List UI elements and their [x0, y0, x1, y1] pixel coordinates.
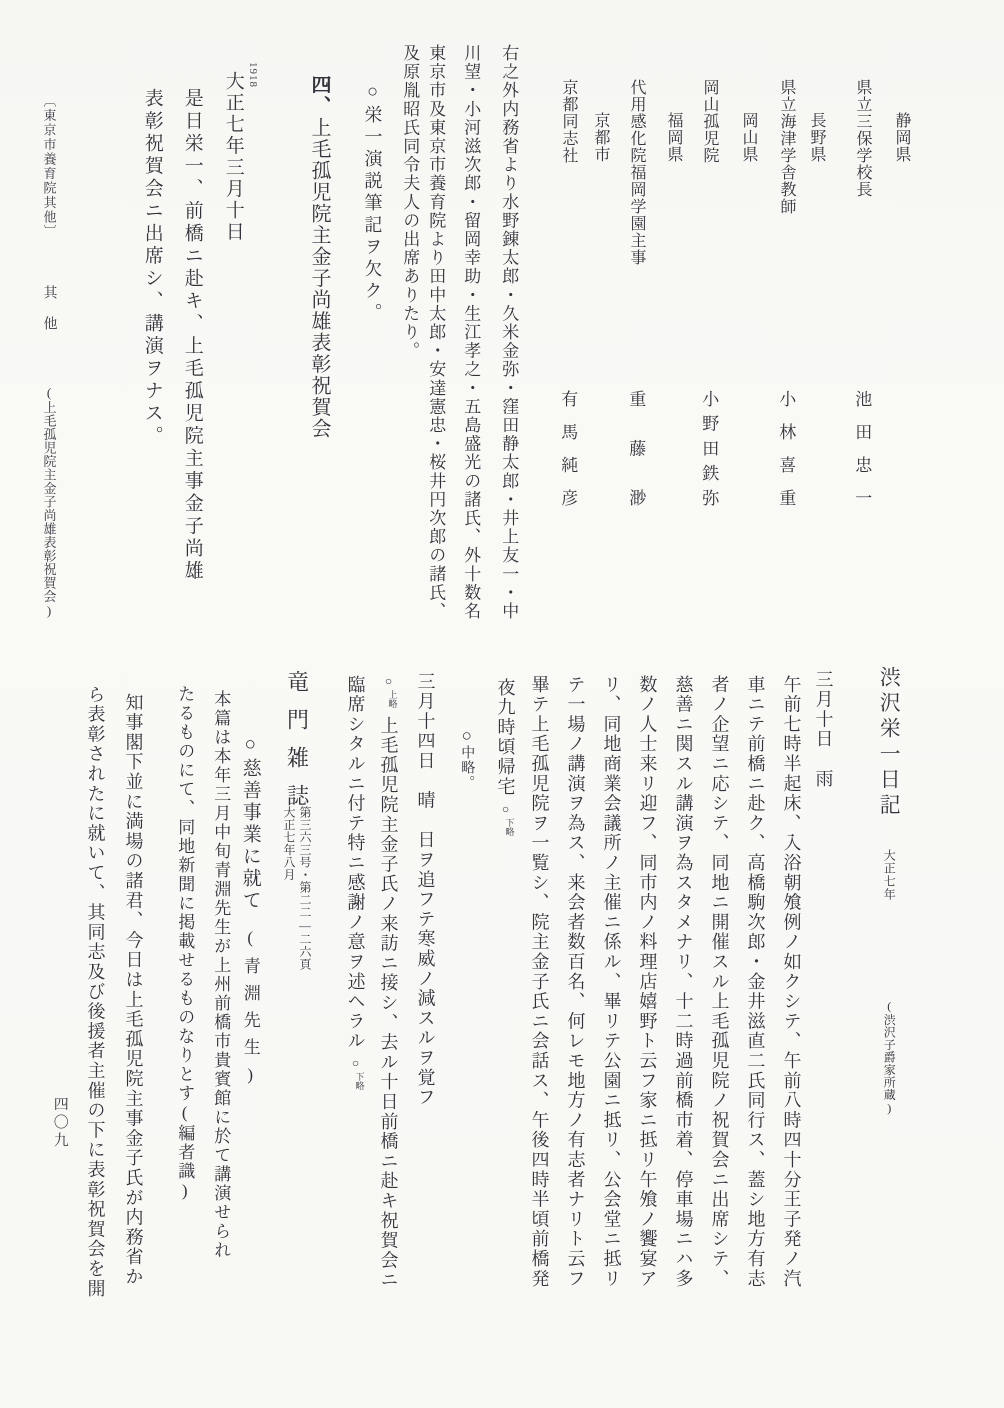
omit-label: 下略 [505, 818, 514, 836]
diary-line-4: 慈善ニ関スル講演ヲ為スタメナリ、十二時過前橋市着、停車場ニハ多 [672, 675, 695, 1289]
diary-line-11-text: 臨席シタルニ付テ特ニ感謝ノ意ヲ述ヘラル [346, 675, 366, 1051]
omit-circle-icon: ○ [499, 802, 513, 818]
diary-source-provenance: (渋沢子爵家所蔵) [882, 999, 896, 1116]
attendee-title-2: 岡山孤児院 [699, 79, 719, 164]
attendee-title-4: 京都同志社 [558, 79, 578, 164]
omit-mark-1: ○下略 [496, 802, 516, 836]
attendee-title-3: 代用感化院福岡学園主事 [626, 79, 646, 266]
attendee-name-1: 小林喜重 [775, 390, 796, 522]
omit-mark-2: ○上略 [379, 674, 399, 708]
attendee-name-0: 池田忠一 [851, 390, 872, 522]
diary-source-title: 渋沢栄一日記 [877, 666, 901, 819]
editor-note-line-2: たるものにて、同地新聞に掲載せるものなりとす(編者識) [174, 685, 195, 1202]
section-date: 大正七年三月十日 [221, 71, 245, 243]
article-heading: ○慈善事業に就て [240, 734, 261, 912]
diary-line-1: 午前七時半起床、入浴朝飧例ノ如クシテ、午前八時四十分王子発ノ汽 [780, 675, 803, 1289]
diary-source-column: 渋沢栄一日記大正七年(渋沢子爵家所蔵) [876, 666, 902, 1116]
diary-date-1: 三月十日 雨 [812, 670, 835, 789]
diary-line-9-text: 夜九時頃帰宅 [496, 678, 516, 797]
section-title: 上毛孤児院主金子尚雄表彰祝賀会 [308, 117, 330, 440]
omit-circle-icon: ○ [382, 674, 396, 690]
summary-line-1: 是日栄一、前橋ニ赴キ、上毛孤児院主事金子尚雄 [180, 88, 204, 583]
article-body-line-2: ら表彰されたに就いて、其同志及び後援者主催の下に表彰祝賀会を開 [84, 685, 107, 1299]
article-author: (青淵先生) [241, 928, 260, 1094]
paragraph-line-1: 右之外内務省より水野錬太郎・久米金弥・窪田静太郎・井上友一・中 [498, 44, 519, 621]
attendee-name-2: 小野田鉄弥 [698, 390, 719, 514]
diary-line-2: 車ニテ前橋ニ赴ク、高橋駒次郎・金井滋直二氏同行ス、蓋シ地方有志 [744, 675, 767, 1289]
margin-header-subtitle: (上毛孤児院主金子尚雄表彰祝賀会) [42, 385, 57, 619]
attendee-name-4: 有馬純彦 [557, 390, 578, 522]
omit-label: 上略 [388, 690, 397, 708]
magazine-title: 竜門雑誌 [283, 670, 311, 822]
attendee-region-4: 京都市 [590, 112, 610, 163]
attendee-region-3: 福岡県 [663, 112, 683, 163]
diary-line-7: テ一場ノ講演ヲ為ス、来会者数百名、何レモ地方ノ有志者ナリト云フ [564, 675, 587, 1289]
article-body-line-1: 知事閣下並に満場の諸君、今日は上毛孤児院主事金子氏が内務省か [122, 693, 145, 1287]
article-heading-column: ○慈善事業に就て(青淵先生) [238, 734, 262, 1094]
attendee-name-3: 重藤渺 [625, 390, 646, 539]
diary-line-10-text: 上毛孤児院主金子氏ノ来訪ニ接シ、去ル十日前橋ニ赴キ祝賀会ニ [379, 716, 399, 1290]
diary-line-9: 夜九時頃帰宅○下略 [494, 678, 517, 836]
editorial-note: ○栄一演説筆記ヲ欠ク。 [361, 81, 384, 325]
page-number: 四〇九 [50, 1096, 69, 1150]
attendee-title-1: 県立海津学舎教師 [776, 79, 796, 215]
attendee-region-1: 長野県 [806, 112, 826, 163]
scanned-book-page: 〔東京市養育院其他〕其他(上毛孤児院主金子尚雄表彰祝賀会) 静岡県 県立三保学校… [0, 0, 1004, 1408]
summary-line-2: 表彰祝賀会ニ出席シ、講演ヲナス。 [140, 88, 164, 448]
omit-circle-icon: ○ [349, 1056, 363, 1072]
diary-line-3: 者ノ企望ニ応シテ、同地ニ開催スル上毛孤児院ノ祝賀会ニ出席シテ、 [708, 675, 731, 1289]
section-number: 四、 [308, 74, 330, 117]
editor-note-line-1: 本篇は本年三月中旬青淵先生が上州前橋市貴賓館に於て講演せられ [210, 690, 231, 1260]
margin-header-section: 其他 [42, 285, 57, 347]
omit-mark-3: ○下略 [346, 1056, 366, 1090]
diary-date-2: 三月十四日 晴 日ヲ追フテ寒威ノ減スルヲ覚フ [414, 672, 437, 1108]
diary-line-11: 臨席シタルニ付テ特ニ感謝ノ意ヲ述ヘラル○下略 [344, 675, 367, 1090]
diary-line-8: 畢テ上毛孤児院ヲ一覧シ、院主金子氏ニ会話ス、午後四時半頃前橋発 [528, 675, 551, 1289]
attendee-region-2: 岡山県 [738, 112, 758, 163]
magazine-issue: 第三六三号・第二二―二六頁 [297, 806, 312, 971]
margin-header-bracket: 〔東京市養育院其他〕 [42, 94, 57, 239]
ellipsis-circle-icon: ○ [457, 726, 476, 745]
diary-line-6: リ、同地商業会議所ノ主催ニ係ル、畢リテ公園ニ抵リ、公会堂ニ抵リ [600, 675, 623, 1289]
attendee-title-0: 県立三保学校長 [852, 79, 872, 198]
magazine-date: 大正七年八月 [281, 806, 296, 881]
diary-line-5: 数ノ人士来リ迎フ、同市内ノ料理店嬉野ト云フ家ニ抵リ午飧ノ饗宴ア [636, 675, 659, 1289]
section-heading: 四、上毛孤児院主金子尚雄表彰祝賀会 [306, 74, 331, 440]
diary-ellipsis: ○中略。 [456, 726, 477, 790]
paragraph-line-4: 及原胤昭氏同令夫人の出席ありたり。 [399, 44, 420, 360]
margin-header: 〔東京市養育院其他〕其他(上毛孤児院主金子尚雄表彰祝賀会) [40, 94, 58, 619]
western-year-label: 1918 [245, 62, 259, 88]
omit-label: 下略 [355, 1072, 364, 1090]
diary-line-10: ○上略上毛孤児院主金子氏ノ来訪ニ接シ、去ル十日前橋ニ赴キ祝賀会ニ [377, 674, 400, 1290]
ellipsis-text: 中略。 [459, 745, 474, 790]
paragraph-line-2: 川望・小河滋次郎・留岡幸助・生江孝之・五島盛光の諸氏、外十数名 [460, 44, 481, 621]
attendee-region-0: 静岡県 [891, 112, 911, 163]
paragraph-line-3: 東京市及東京市養育院より田中太郎・安達憲忠・桜井円次郎の諸氏、 [425, 44, 446, 621]
diary-source-era: 大正七年 [882, 849, 896, 901]
